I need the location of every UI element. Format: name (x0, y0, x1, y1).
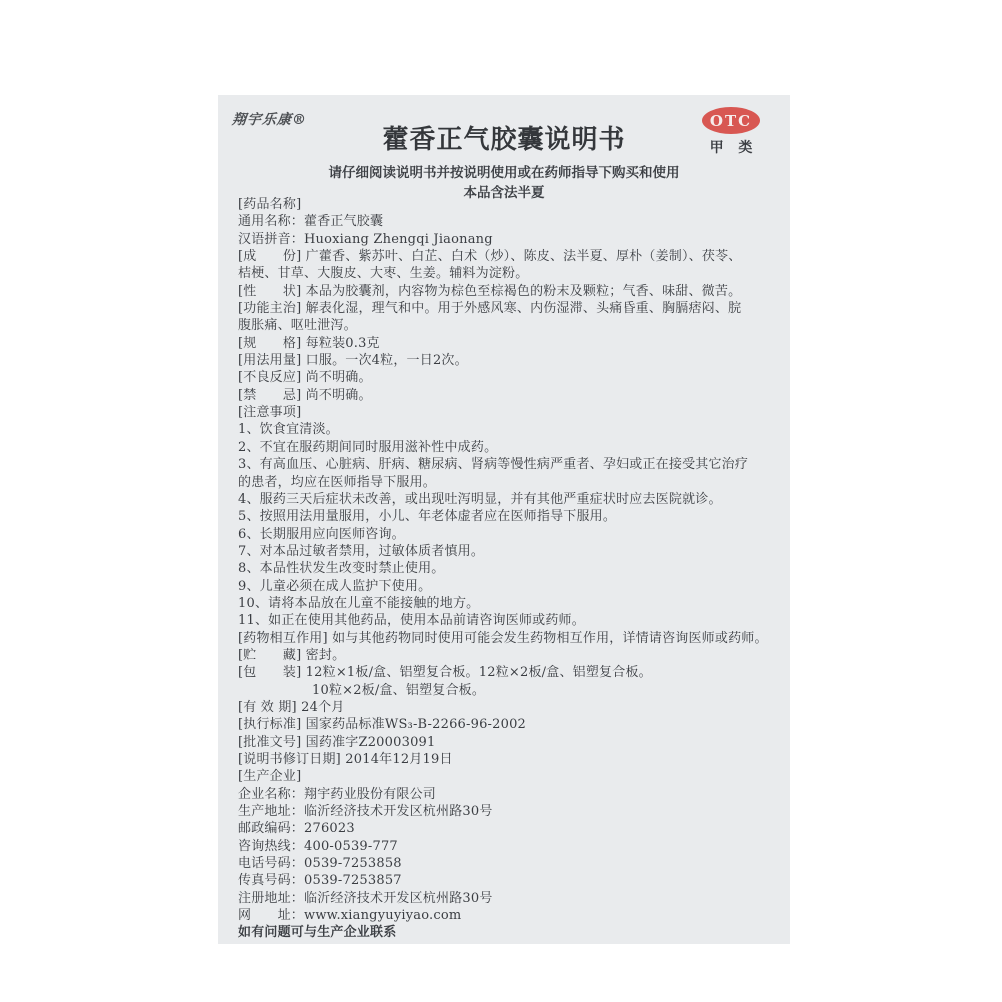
leaflet-line: 11、如正在使用其他药品，使用本品前请咨询医师或药师。 (238, 612, 774, 629)
leaflet-line: 7、对本品过敏者禁用，过敏体质者慎用。 (238, 543, 774, 560)
leaflet-line: [执行标准] 国家药品标准WS₃-B-2266-96-2002 (238, 716, 774, 733)
leaflet-line: [生产企业] (238, 768, 774, 785)
leaflet-line: [性 状] 本品为胶囊剂，内容物为棕色至棕褐色的粉末及颗粒；气香、味甜、微苦。 (238, 283, 774, 300)
leaflet-line: [有 效 期] 24个月 (238, 699, 774, 716)
leaflet-line: 电话号码：0539-7253858 (238, 855, 774, 872)
leaflet-line: 3、有高血压、心脏病、肝病、糖尿病、肾病等慢性病严重者、孕妇或正在接受其它治疗 (238, 456, 774, 473)
leaflet-line: 2、不宜在服药期间同时服用滋补性中成药。 (238, 439, 774, 456)
leaflet-line: [功能主治] 解表化湿，理气和中。用于外感风寒、内伤湿滞、头痛昏重、胸膈痞闷、脘 (238, 300, 774, 317)
leaflet-line: 10粒×2板/盒、铝塑复合板。 (238, 682, 774, 699)
page-title: 藿香正气胶囊说明书 (218, 119, 790, 156)
leaflet-line: [规 格] 每粒装0.3克 (238, 335, 774, 352)
leaflet-line: 通用名称：藿香正气胶囊 (238, 213, 774, 230)
usage-advisory: 请仔细阅读说明书并按说明使用或在药师指导下购买和使用 (218, 161, 790, 181)
leaflet-line: [药品名称] (238, 196, 774, 213)
leaflet-line: [成 份] 广藿香、紫苏叶、白芷、白术（炒）、陈皮、法半夏、厚朴（姜制）、茯苓、 (238, 248, 774, 265)
leaflet-line: 腹胀痛、呕吐泄泻。 (238, 317, 774, 334)
leaflet-line: 汉语拼音：Huoxiang Zhengqi Jiaonang (238, 231, 774, 248)
photo-background: 翔宇乐康® OTC 甲 类 藿香正气胶囊说明书 请仔细阅读说明书并按说明使用或在… (0, 0, 1002, 1002)
leaflet-line: 传真号码：0539-7253857 (238, 872, 774, 889)
leaflet-body: [药品名称]通用名称：藿香正气胶囊汉语拼音：Huoxiang Zhengqi J… (238, 196, 774, 942)
leaflet-line: 9、儿童必须在成人监护下使用。 (238, 578, 774, 595)
leaflet-line: 生产地址：临沂经济技术开发区杭州路30号 (238, 803, 774, 820)
leaflet-line: 8、本品性状发生改变时禁止使用。 (238, 560, 774, 577)
leaflet-line: [批准文号] 国药准字Z20003091 (238, 734, 774, 751)
leaflet-line: 1、饮食宜清淡。 (238, 421, 774, 438)
leaflet-line: 的患者，均应在医师指导下服用。 (238, 474, 774, 491)
leaflet-line: [不良反应] 尚不明确。 (238, 369, 774, 386)
leaflet-line: [注意事项] (238, 404, 774, 421)
leaflet-line: [用法用量] 口服。一次4粒，一日2次。 (238, 352, 774, 369)
leaflet-line: 5、按照用法用量服用，小儿、年老体虚者应在医师指导下服用。 (238, 508, 774, 525)
leaflet-line: [包 装] 12粒×1板/盒、铝塑复合板。12粒×2板/盒、铝塑复合板。 (238, 664, 774, 681)
leaflet-line: 注册地址：临沂经济技术开发区杭州路30号 (238, 890, 774, 907)
leaflet-line: 咨询热线：400-0539-777 (238, 838, 774, 855)
leaflet-page: 翔宇乐康® OTC 甲 类 藿香正气胶囊说明书 请仔细阅读说明书并按说明使用或在… (218, 95, 790, 944)
leaflet-line: 邮政编码：276023 (238, 820, 774, 837)
leaflet-line: 网 址：www.xiangyuyiyao.com (238, 907, 774, 924)
leaflet-line: 如有问题可与生产企业联系 (238, 924, 774, 941)
leaflet-line: 6、长期服用应向医师咨询。 (238, 526, 774, 543)
leaflet-line: [禁 忌] 尚不明确。 (238, 387, 774, 404)
leaflet-line: 10、请将本品放在儿童不能接触的地方。 (238, 595, 774, 612)
leaflet-line: 桔梗、甘草、大腹皮、大枣、生姜。辅料为淀粉。 (238, 265, 774, 282)
leaflet-line: 企业名称：翔宇药业股份有限公司 (238, 786, 774, 803)
leaflet-line: 4、服药三天后症状未改善，或出现吐泻明显，并有其他严重症状时应去医院就诊。 (238, 491, 774, 508)
leaflet-line: [贮 藏] 密封。 (238, 647, 774, 664)
leaflet-line: [说明书修订日期] 2014年12月19日 (238, 751, 774, 768)
leaflet-line: [药物相互作用] 如与其他药物同时使用可能会发生药物相互作用，详情请咨询医师或药… (238, 630, 774, 647)
